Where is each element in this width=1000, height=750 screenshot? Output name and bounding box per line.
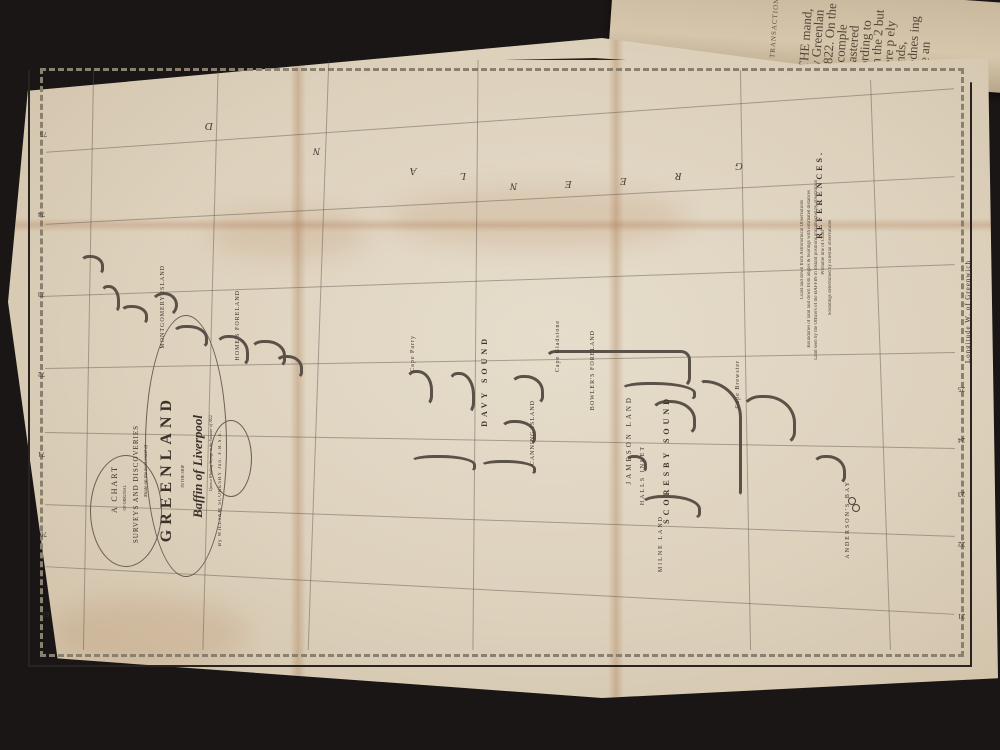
longitude-tick: 21 (958, 612, 965, 620)
region-letter: G (735, 160, 743, 172)
region-letter: R (675, 170, 682, 182)
place-label: HOME'S FORELAND (235, 290, 241, 361)
references-panel: REFERENCES. Coast laid down from Astrono… (795, 110, 855, 360)
place-label: Cape Gladstone (555, 320, 561, 372)
reference-item: Land seen by the Officers of the BAFFIN … (814, 180, 819, 360)
region-letter: E (620, 175, 627, 187)
region-letter: N (510, 180, 517, 192)
title-line: Upon a Whaling Voyage in the Summer of 1… (208, 415, 213, 491)
title-ship-name: Baffin of Liverpool (190, 415, 206, 518)
place-label: MONTGOMERY ISLAND (160, 265, 166, 349)
place-label-davy-sound: DAVY SOUND (480, 335, 489, 427)
place-label-cape-parry: Cape Parry (410, 335, 416, 372)
latitude-tick: 72 (38, 370, 45, 378)
region-letter: E (565, 178, 572, 190)
island-marker (852, 504, 860, 512)
place-label-scoresby-sound: SCORESBY SOUND (662, 395, 671, 524)
place-label: CANNING ISLAND (530, 400, 536, 465)
region-letter: D (205, 120, 213, 132)
latitude-tick: 73 (38, 290, 45, 298)
title-author: By WILLIAM SCORESBY Jun. F.R.S.E. (218, 430, 223, 546)
title-greenland: GREENLAND (158, 395, 176, 542)
reference-item: Coast laid down from Astronomical Observ… (800, 200, 805, 299)
region-letter: A (410, 165, 417, 177)
title-cartouche: A CHART OF ORIGINAL SURVEYS AND DISCOVER… (150, 355, 260, 595)
region-letter: L (460, 170, 466, 182)
latitude-tick: 74 (38, 210, 45, 218)
longitude-border-label: Longitude W. of Greenwich (964, 260, 972, 363)
latitude-tick: 69 (42, 610, 49, 618)
book-running-header: TRANSACTIONS (768, 0, 781, 58)
place-label-andersons-bay: ANDERSON'S BAY (845, 480, 851, 559)
region-letter: N (313, 145, 320, 157)
place-label-jameson-land: JAMESON LAND (625, 395, 633, 484)
place-label-halls-inlet: HALLS INLET (640, 445, 646, 505)
latitude-tick: 70 (40, 530, 47, 538)
place-label-milne-land: MILNE LAND (658, 515, 664, 572)
place-label-cape-brewster: Cape Brewster (735, 360, 741, 409)
title-line: IN THE SHIP (180, 465, 185, 488)
longitude-tick: 24 (958, 436, 965, 444)
reference-item: Boundaries of land laid down from angles… (807, 190, 812, 348)
longitude-tick: 23 (958, 490, 965, 498)
latitude-tick: 71 (38, 450, 45, 458)
latitude-tick: 75 (40, 130, 47, 138)
place-label: BOWLER'S FORELAND (590, 330, 596, 410)
title-line: SURVEYS AND DISCOVERIES (132, 425, 140, 543)
title-line: OF ORIGINAL (122, 485, 127, 510)
longitude-tick: 22 (958, 540, 965, 548)
reference-item: Probable line of Coast (821, 230, 826, 275)
title-line: A CHART (110, 465, 119, 513)
cartouche-oval-small (210, 420, 252, 497)
longitude-tick: 25 (958, 385, 965, 393)
title-line: Made on the East coast of (144, 445, 149, 497)
reference-item: Soundings determined by celestial observ… (828, 220, 833, 315)
